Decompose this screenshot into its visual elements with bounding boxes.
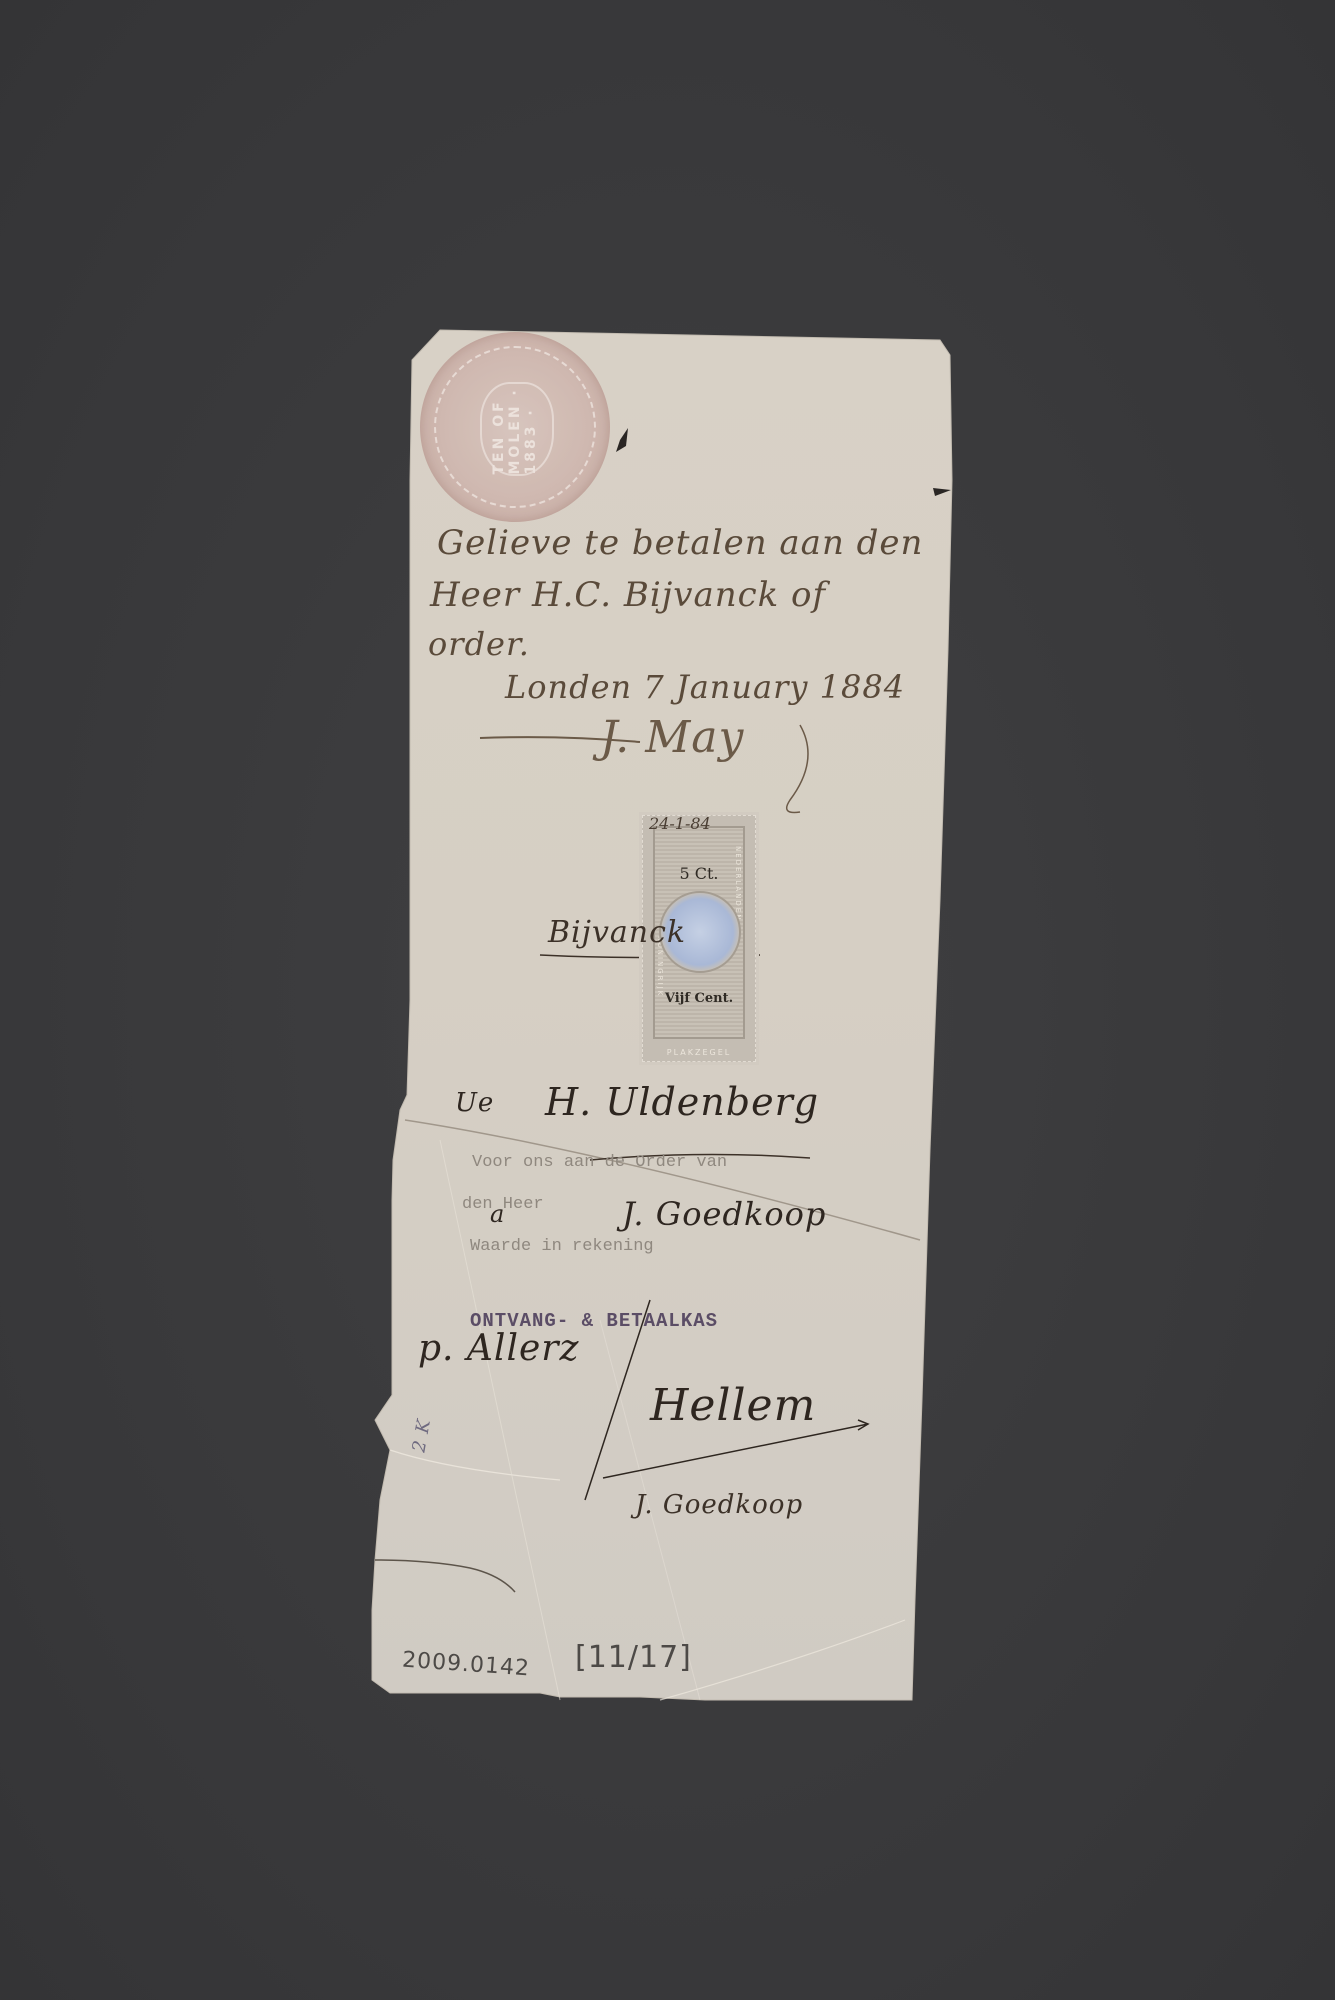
- handwritten-a: a: [490, 1200, 505, 1228]
- endorsement-3-handwritten: p. Allerz: [418, 1328, 579, 1369]
- signature-may: J. May: [600, 712, 744, 763]
- endorsement-line-1: Gelieve te betalen aan den: [437, 523, 923, 563]
- goedkoop-signature-1: J. Goedkoop: [622, 1195, 826, 1233]
- bracket-note: [11/17]: [575, 1640, 692, 1675]
- endorsement-line-3: order.: [428, 625, 530, 663]
- printed-stamp-line-1: Voor ons aan de Order van: [472, 1153, 727, 1172]
- stamp-cancel-signature: Bijvanck: [548, 915, 686, 950]
- document-sheet: TEN OF MOLEN · 1883 · Gelieve te betalen…: [0, 0, 1335, 2000]
- goedkoop-signature-2: J. Goedkoop: [635, 1490, 803, 1520]
- endorsement-2-prefix: Ue: [455, 1088, 494, 1118]
- printed-stamp-line-3: Waarde in rekening: [470, 1237, 654, 1256]
- seal-legend: TEN OF MOLEN · 1883 ·: [491, 380, 539, 475]
- stamp-cancel-date: 24-1-84: [649, 814, 711, 833]
- stamp-value: 5 Ct.: [643, 864, 755, 883]
- place-date: Londen 7 January 1884: [505, 668, 905, 706]
- stamp-value-words: Vijf Cent.: [643, 991, 755, 1006]
- endorsement-3-signature: Hellem: [650, 1380, 816, 1431]
- endorsement-line-2: Heer H.C. Bijvanck of: [430, 575, 826, 615]
- embossed-seal: TEN OF MOLEN · 1883 ·: [420, 332, 610, 522]
- endorsement-2-signature: H. Uldenberg: [545, 1080, 819, 1124]
- stamp-bottom-text: PLAKZEGEL: [643, 1048, 755, 1057]
